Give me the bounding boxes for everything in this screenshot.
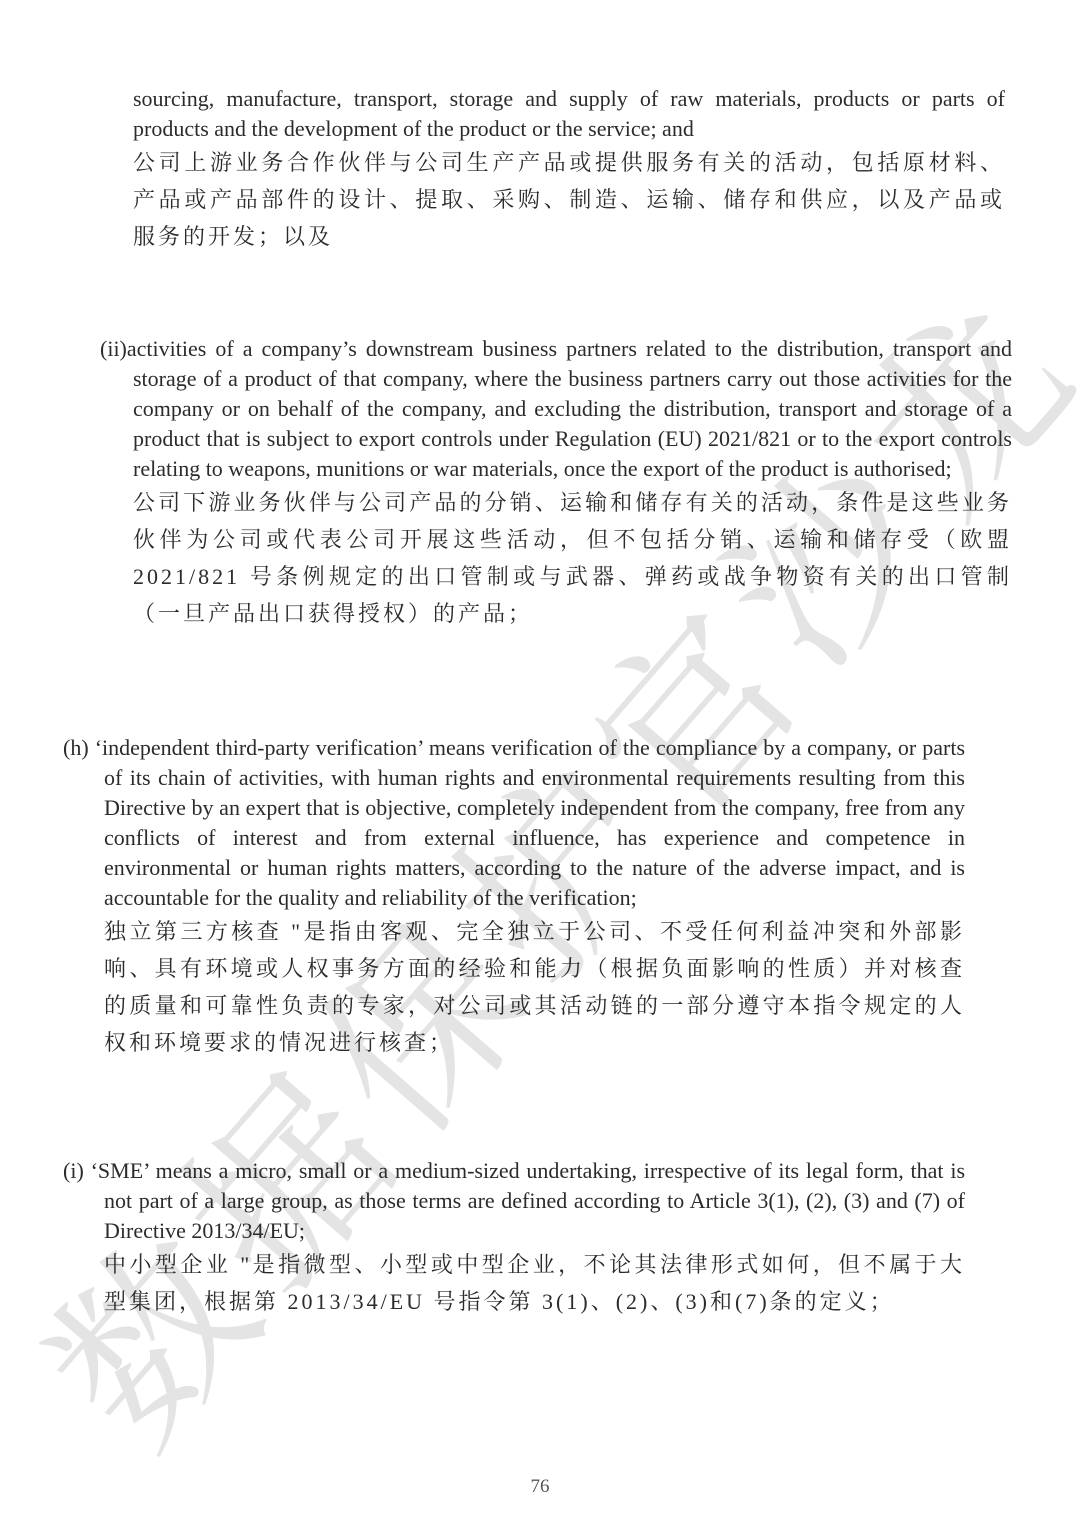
paragraph-en: (ii)activities of a company’s downstream… <box>100 334 1012 484</box>
paragraph-en: (h) ‘independent third-party verificatio… <box>63 733 965 913</box>
paragraph-en-text: activities of a company’s downstream bus… <box>127 336 1012 481</box>
paragraph-zh: 中小型企业 "是指微型、小型或中型企业，不论其法律形式如何，但不属于大型集团，根… <box>104 1246 965 1320</box>
paragraph-en-text: sourcing, manufacture, transport, storag… <box>133 86 1005 141</box>
section-ii: (ii)activities of a company’s downstream… <box>100 334 1012 632</box>
paragraph-zh: 独立第三方核查 "是指由客观、完全独立于公司、不受任何利益冲突和外部影响、具有环… <box>104 913 965 1061</box>
paragraph-en: (i) ‘SME’ means a micro, small or a medi… <box>63 1156 965 1246</box>
paragraph-en-text: ‘SME’ means a micro, small or a medium-s… <box>91 1158 965 1243</box>
item-label: (ii) <box>100 336 127 361</box>
section-i: (i) ‘SME’ means a micro, small or a medi… <box>63 1156 965 1320</box>
paragraph-zh: 公司下游业务伙伴与公司产品的分销、运输和储存有关的活动，条件是这些业务伙伴为公司… <box>133 484 1012 632</box>
section-continuation: sourcing, manufacture, transport, storag… <box>133 84 1005 255</box>
paragraph-en-text: ‘independent third-party verification’ m… <box>95 735 965 910</box>
paragraph-zh: 公司上游业务合作伙伴与公司生产产品或提供服务有关的活动，包括原材料、产品或产品部… <box>133 144 1005 255</box>
page-number: 76 <box>0 1476 1080 1498</box>
paragraph-en: sourcing, manufacture, transport, storag… <box>133 84 1005 144</box>
item-label: (h) <box>63 735 95 760</box>
item-label: (i) <box>63 1158 91 1183</box>
section-h: (h) ‘independent third-party verificatio… <box>63 733 965 1061</box>
